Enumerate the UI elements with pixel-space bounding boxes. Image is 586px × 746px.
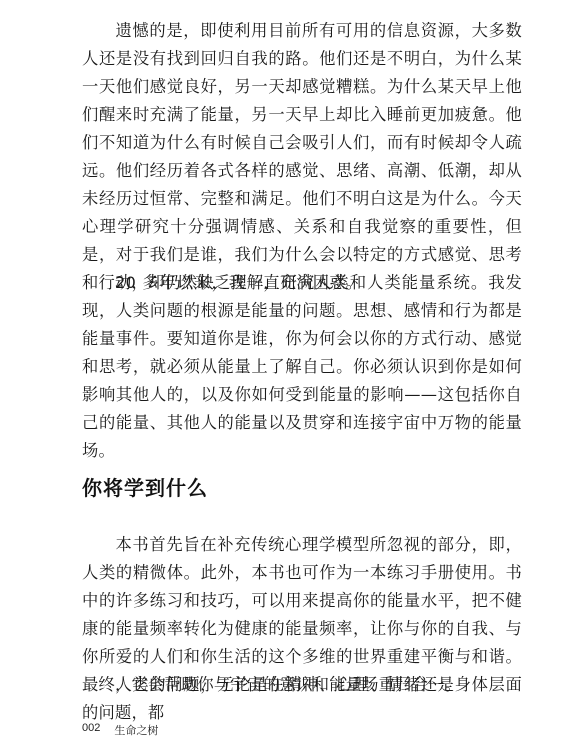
section-heading: 你将学到什么	[82, 472, 208, 501]
paragraph-text: 人类的问题，无论是在精神、心理、情绪还是身体层面的问题，都	[82, 675, 522, 722]
page-footer: 002 生命之树	[82, 722, 158, 738]
paragraph-text: 20 多年以来，我一直研究人类和人类能量系统。我发现，人类问题的根源是能量的问题…	[82, 273, 522, 460]
body-paragraph-1: 遗憾的是，即使利用目前所有可用的信息资源，大多数人还是没有找到回归自我的路。他们…	[82, 17, 522, 297]
running-book-title: 生命之树	[114, 722, 158, 738]
paragraph-text: 遗憾的是，即使利用目前所有可用的信息资源，大多数人还是没有找到回归自我的路。他们…	[82, 21, 522, 292]
body-paragraph-4: 人类的问题，无论是在精神、心理、情绪还是身体层面的问题，都	[82, 671, 522, 727]
page-number: 002	[82, 722, 100, 738]
body-paragraph-2: 20 多年以来，我一直研究人类和人类能量系统。我发现，人类问题的根源是能量的问题…	[82, 269, 522, 465]
